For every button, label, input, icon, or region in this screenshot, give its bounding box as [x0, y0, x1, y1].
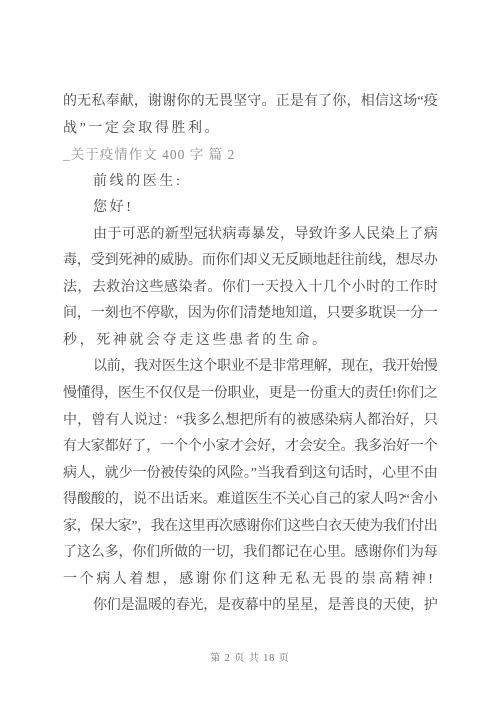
- body-text-line: 秒，死神就会夺走这些患者的生命。: [63, 328, 437, 355]
- body-text-line: 战”一定会取得胜利。: [63, 116, 437, 143]
- body-text-line: 您好!: [63, 195, 437, 222]
- body-text-line: 以前，我对医生这个职业不是非常理解，现在，我开始慢: [63, 354, 437, 381]
- body-text-line: 家，保大家”，我在这里再次感谢你们这些白衣天使为我们付出: [63, 514, 437, 541]
- body-text-line: 由于可恶的新型冠状病毒暴发，导致许多人民染上了病: [63, 222, 437, 249]
- body-text-line: 法，去救治这些感染者。你们一天投入十几个小时的工作时: [63, 275, 437, 302]
- body-text-line: 了这么多，你们所做的一切，我们都记在心里。感谢你们为每: [63, 540, 437, 567]
- body-text-line: 得酸酸的，说不出话来。难道医生不关心自己的家人吗?“舍小: [63, 487, 437, 514]
- body-text-line: 病人，就少一份被传染的风险。”当我看到这句话时，心里不由: [63, 461, 437, 488]
- body-text-line: 的无私奉献，谢谢你的无畏坚守。正是有了你，相信这场“疫: [63, 89, 437, 116]
- document-body: 的无私奉献，谢谢你的无畏坚守。正是有了你，相信这场“疫战”一定会取得胜利。_关于…: [63, 89, 437, 620]
- body-text-line: 你们是温暖的春光，是夜幕中的星星，是善良的天使，护: [63, 593, 437, 620]
- page-footer: 第 2 页 共 18 页: [0, 649, 500, 664]
- section-heading: _关于疫情作文 400 字 篇 2: [63, 142, 437, 169]
- body-text-line: 前线的医生:: [63, 169, 437, 196]
- body-text-line: 一个病人着想，感谢你们这种无私无畏的崇高精神!: [63, 567, 437, 594]
- body-text-line: 有大家都好了，一个个小家才会好，才会安全。我多治好一个: [63, 434, 437, 461]
- document-page: 的无私奉献，谢谢你的无畏坚守。正是有了你，相信这场“疫战”一定会取得胜利。_关于…: [0, 0, 500, 707]
- body-text-line: 毒，受到死神的威胁。而你们却义无反顾地赶往前线，想尽办: [63, 248, 437, 275]
- body-text-line: 间，一刻也不停歇，因为你们清楚地知道，只要多耽误一分一: [63, 301, 437, 328]
- body-text-line: 中，曾有人说过：“我多么想把所有的被感染病人都治好，只: [63, 408, 437, 435]
- body-text-line: 慢懂得，医生不仅仅是一份职业，更是一份重大的责任!你们之: [63, 381, 437, 408]
